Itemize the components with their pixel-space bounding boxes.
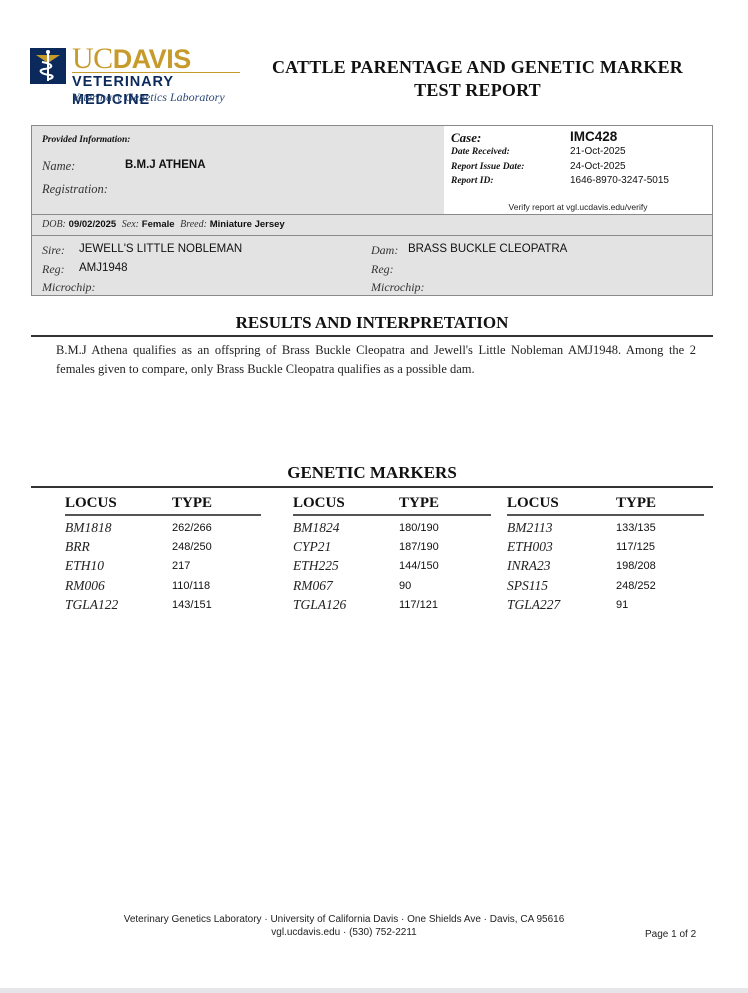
marker-type: 187/190 [399,541,439,553]
type-header: TYPE [616,495,656,512]
marker-locus: ETH225 [293,558,339,574]
marker-type: 144/150 [399,560,439,572]
case-info-box: Provided Information: Name: B.M.J ATHENA… [31,125,713,296]
marker-type: 248/252 [616,580,656,592]
registration-label: Registration: [42,182,108,197]
dam-microchip-label: Microchip: [371,280,425,295]
verify-link[interactable]: Verify report at vgl.ucdavis.edu/verify [444,202,712,212]
logo-wordmark: UCDAVIS [72,42,191,76]
marker-type: 198/208 [616,560,656,572]
markers-heading: GENETIC MARKERS [31,463,713,483]
report-id-label: Report ID: [451,176,494,186]
marker-type: 90 [399,580,411,592]
marker-type: 143/151 [172,599,212,611]
report-title-line1: CATTLE PARENTAGE AND GENETIC MARKER [250,56,705,79]
report-issue-date-label: Report Issue Date: [451,162,524,172]
results-divider [31,335,713,337]
marker-locus: BRR [65,539,90,555]
markers-header-rule [507,514,704,516]
report-title: CATTLE PARENTAGE AND GENETIC MARKER TEST… [250,56,705,102]
report-issue-date-value: 24-Oct-2025 [570,161,626,172]
case-label: Case: [451,130,481,146]
marker-type: 110/118 [172,580,210,592]
marker-locus: INRA23 [507,558,551,574]
sire-reg-value: AMJ1948 [79,262,128,274]
sire-reg-label: Reg: [42,262,65,277]
marker-locus: CYP21 [293,539,331,555]
markers-header-rule [65,514,261,516]
dam-label: Dam: [371,243,398,258]
sex-label: Sex: [122,219,139,230]
provided-heading: Provided Information: [42,135,130,145]
marker-type: 217 [172,560,190,572]
name-label: Name: [42,159,75,174]
logo-lab: Veterinary Genetics Laboratory [72,90,225,104]
marker-locus: TGLA122 [65,597,118,613]
markers-divider [31,486,713,488]
page-number: Page 1 of 2 [645,929,696,940]
marker-locus: RM006 [65,578,105,594]
marker-locus: BM1818 [65,520,112,536]
dob-value: 09/02/2025 [69,219,117,230]
marker-locus: BM2113 [507,520,553,536]
date-received-label: Date Received: [451,147,510,157]
markers-header-rule [293,514,491,516]
marker-locus: TGLA227 [507,597,560,613]
name-value: B.M.J ATHENA [125,159,206,171]
marker-type: 248/250 [172,541,212,553]
marker-type: 117/121 [399,599,438,611]
footer-contact: vgl.ucdavis.edu · (530) 752-2211 [0,927,688,938]
sire-name: JEWELL'S LITTLE NOBLEMAN [79,243,242,255]
viewer-bottom-edge [0,988,748,993]
locus-header: LOCUS [293,495,345,512]
type-header: TYPE [172,495,212,512]
type-header: TYPE [399,495,439,512]
case-value: IMC428 [570,129,617,144]
animal-details: DOB: 09/02/2025 Sex: Female Breed: Minia… [42,219,285,230]
locus-header: LOCUS [507,495,559,512]
breed-label: Breed: [180,219,207,230]
marker-type: 133/135 [616,522,656,534]
sire-microchip-label: Microchip: [42,280,96,295]
provided-information-panel: Provided Information: Name: B.M.J ATHENA… [32,126,445,214]
marker-locus: ETH003 [507,539,553,555]
animal-details-row: DOB: 09/02/2025 Sex: Female Breed: Minia… [32,214,712,236]
results-text: B.M.J Athena qualifies as an offspring o… [56,341,696,379]
marker-locus: BM1824 [293,520,340,536]
marker-locus: SPS115 [507,578,548,594]
marker-type: 91 [616,599,628,611]
report-id-value: 1646-8970-3247-5015 [570,175,669,186]
locus-header: LOCUS [65,495,117,512]
marker-locus: ETH10 [65,558,104,574]
breed-value: Miniature Jersey [210,219,285,230]
marker-locus: TGLA126 [293,597,346,613]
footer-address: Veterinary Genetics Laboratory · Univers… [0,914,688,925]
marker-locus: RM067 [293,578,333,594]
dam-name: BRASS BUCKLE CLEOPATRA [408,243,567,255]
ucdavis-vetmed-logo: UCDAVIS VETERINARY MEDICINE Veterinary G… [30,48,245,106]
marker-type: 117/125 [616,541,655,553]
report-title-line2: TEST REPORT [250,79,705,102]
marker-type: 262/266 [172,522,212,534]
dam-reg-label: Reg: [371,262,394,277]
dob-label: DOB: [42,219,66,230]
marker-type: 180/190 [399,522,439,534]
sire-label: Sire: [42,243,65,258]
case-details-panel: Case: IMC428 Date Received: 21-Oct-2025 … [444,126,712,214]
caduceus-icon [30,48,66,84]
date-received-value: 21-Oct-2025 [570,146,626,157]
sex-value: Female [142,219,175,230]
results-heading: RESULTS AND INTERPRETATION [31,313,713,333]
